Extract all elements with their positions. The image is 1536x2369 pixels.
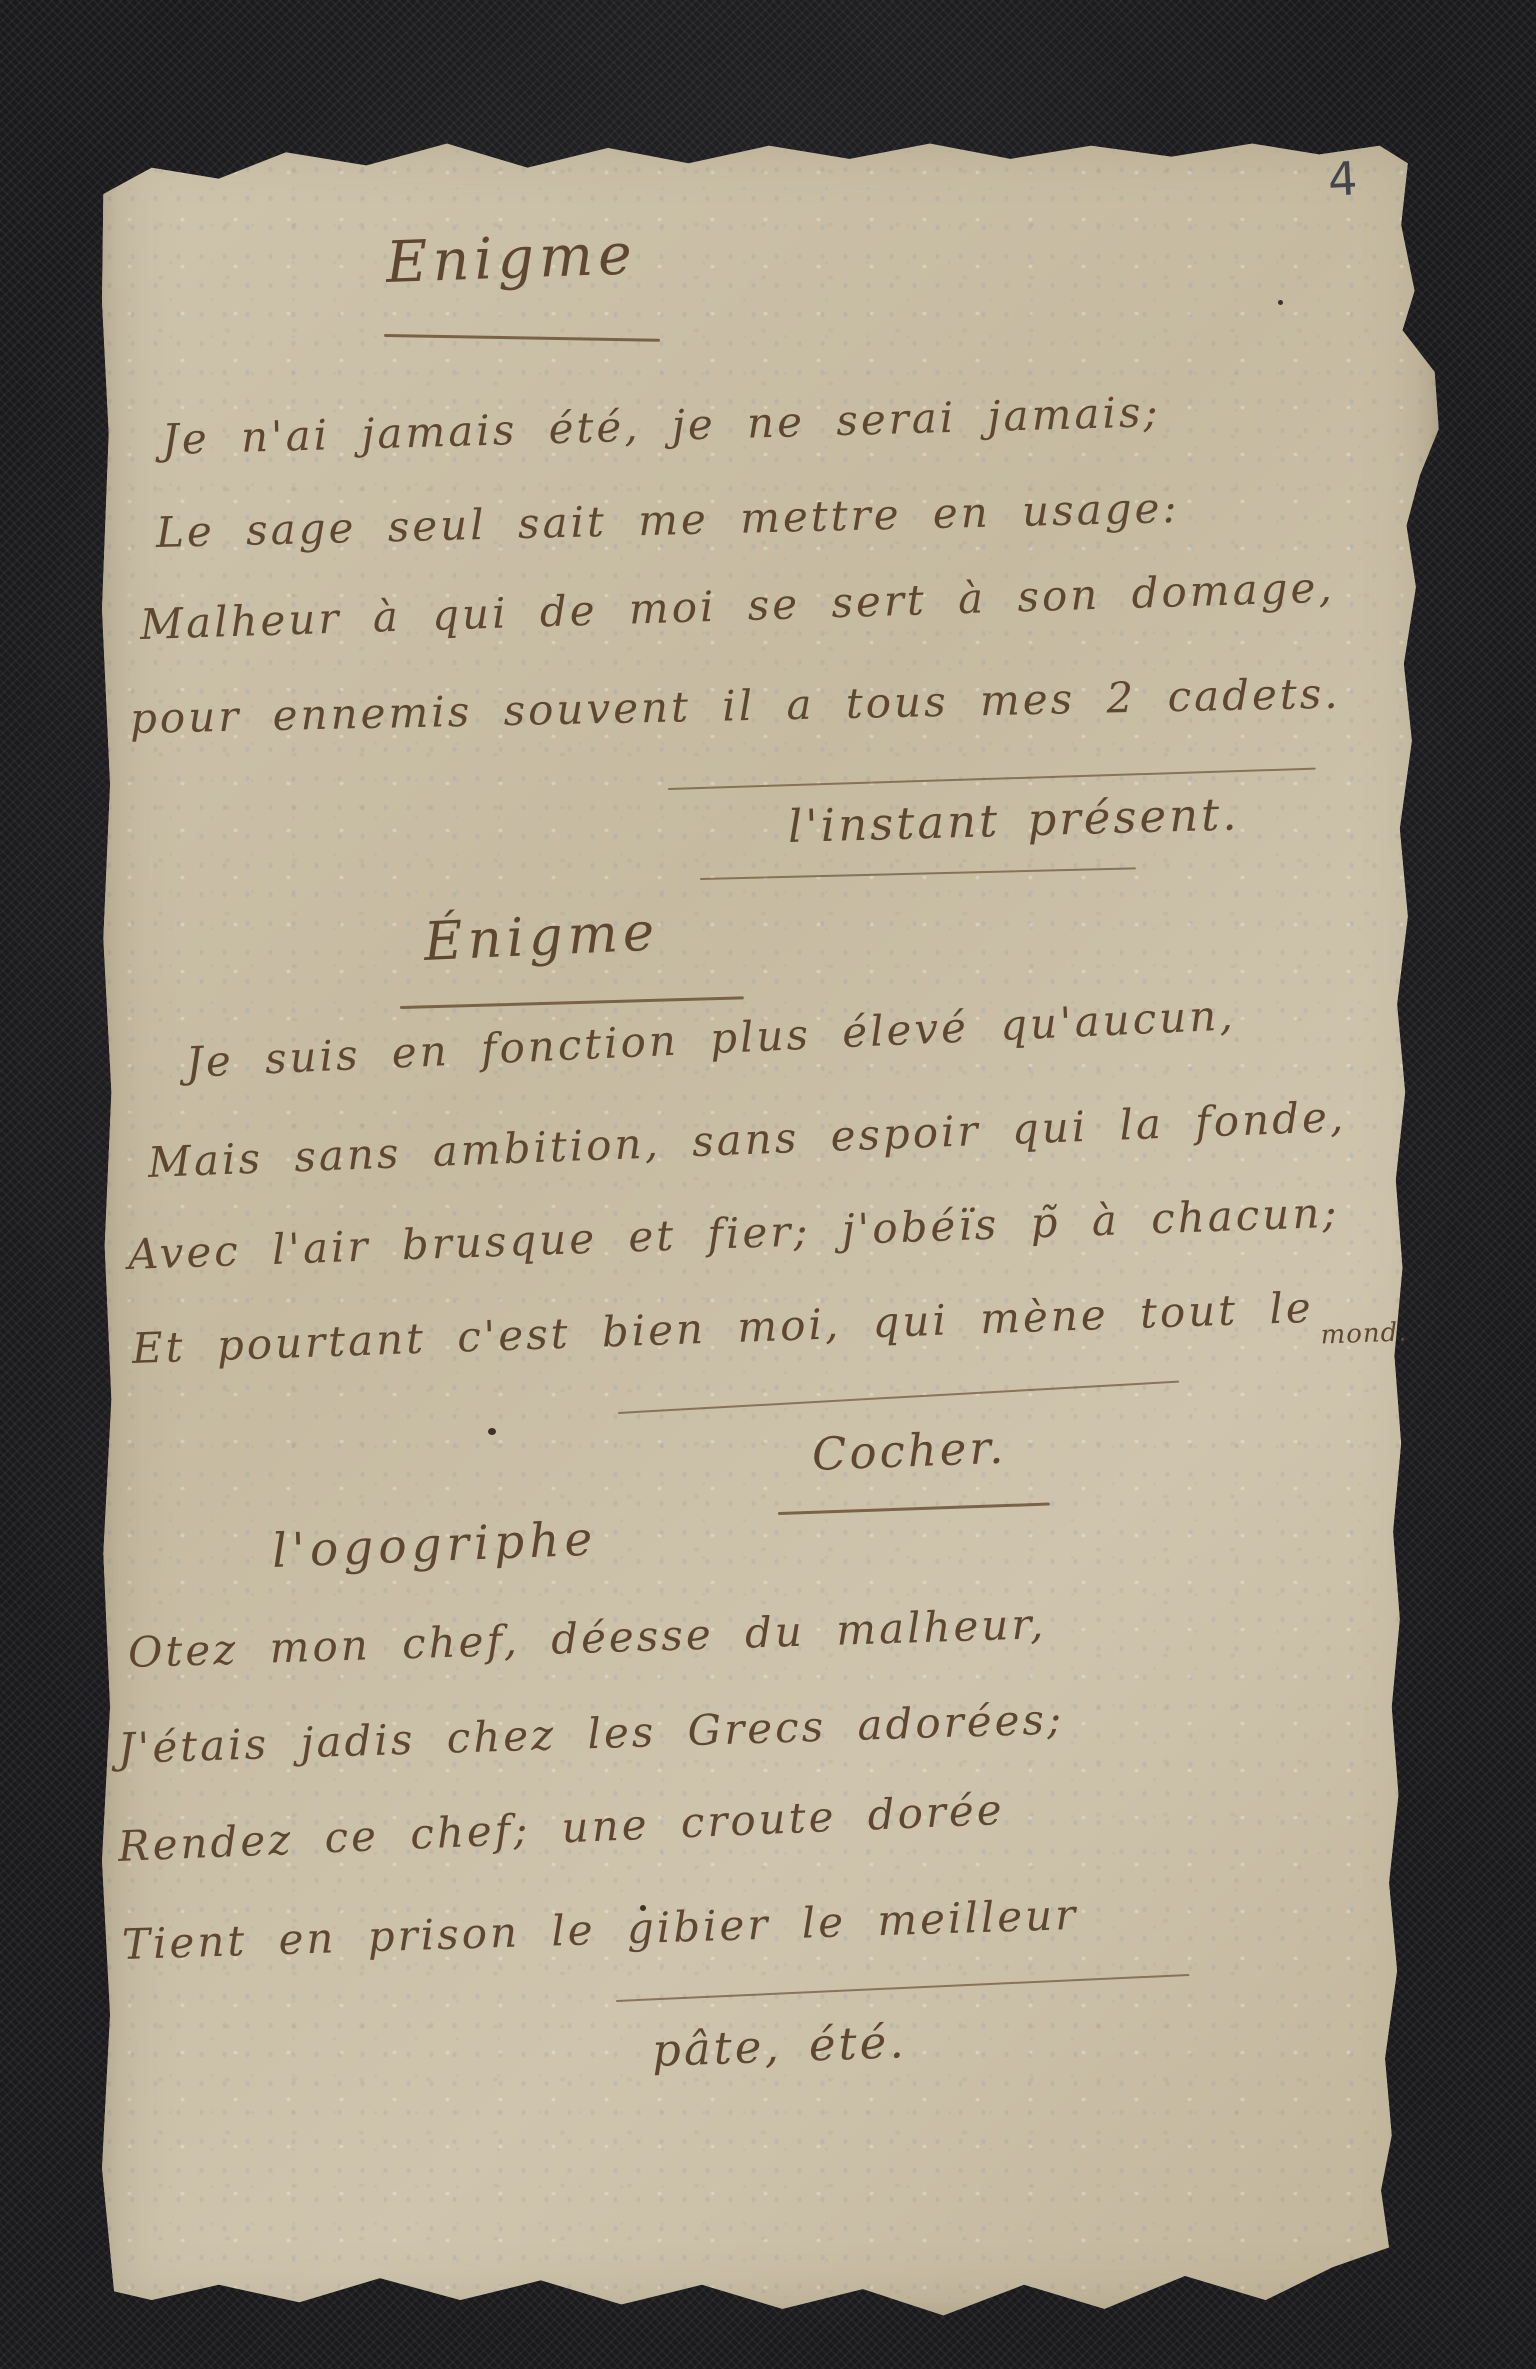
section-2-heading: Énigme (423, 901, 661, 973)
logogriphe-answer: pâte, été. (651, 2015, 907, 2077)
ink-speck (1278, 300, 1283, 305)
page-number: 4 (1327, 151, 1359, 206)
section-1-heading: Enigme (385, 221, 638, 296)
ink-speck (488, 1428, 496, 1435)
manuscript-scan: 4 Enigme Je n'ai jamais été, je ne serai… (0, 0, 1536, 2369)
ink-speck (640, 1905, 646, 1911)
riddle-2-answer: Cocher. (811, 1421, 1007, 1481)
riddle-2-overflow-word: mond. (1320, 1317, 1408, 1350)
